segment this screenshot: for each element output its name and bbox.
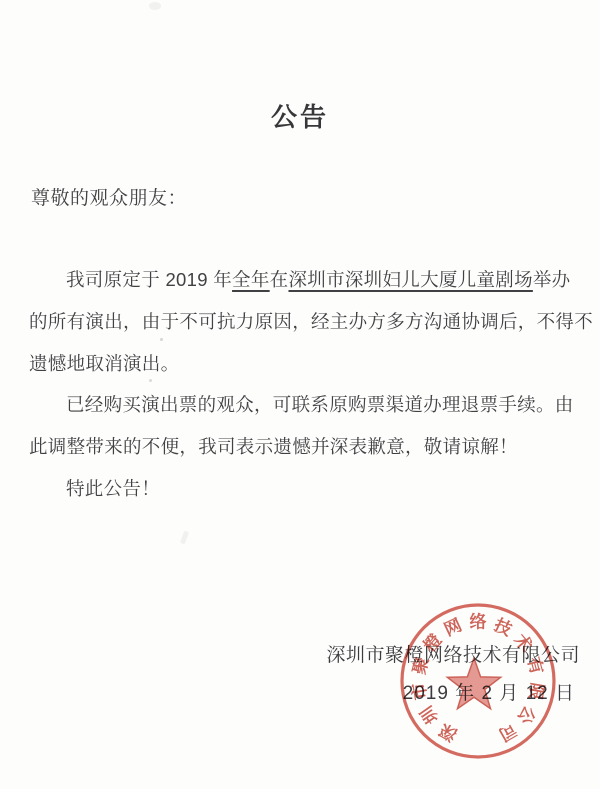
text-line: 已经购买演出票的观众，可联系原购票渠道办理退票手续。由: [29, 384, 589, 426]
text-run: 遗憾地取消演出。: [29, 353, 179, 374]
text-line: 此调整带来的不便，我司表示遗憾并深表歉意，敬请谅解！: [29, 426, 589, 468]
seal-character: 公: [514, 702, 539, 727]
salutation: 尊敬的观众朋友：: [31, 183, 187, 210]
underlined-text-run: 全年: [232, 269, 270, 290]
scan-smudge: [180, 531, 189, 545]
scan-smudge: [160, 338, 163, 341]
seal-character: 圳: [416, 702, 442, 727]
seal-character: 司: [495, 720, 519, 745]
underlined-text-run: 深圳市深圳妇儿大厦儿童剧场: [288, 269, 532, 290]
text-run: 此调整带来的不便，我司表示遗憾并深表歉意，敬请谅解！: [29, 436, 518, 457]
text-run: 的所有演出，由于不可抗力原因，经主办方多方沟通协调后，不得不: [29, 311, 593, 332]
seal-character: 络: [470, 612, 487, 632]
text-run: 已经购买演出票的观众，可联系原购票渠道办理退票手续。由: [66, 394, 574, 415]
seal-character: 聚: [409, 655, 433, 677]
text-run: 举办: [533, 269, 571, 290]
page-title: 公告: [0, 97, 600, 134]
document-body: 我司原定于 2019 年全年在深圳市深圳妇儿大厦儿童剧场举办 的所有演出，由于不…: [29, 259, 589, 510]
announcement-document: 公告 尊敬的观众朋友： 我司原定于 2019 年全年在深圳市深圳妇儿大厦儿童剧场…: [0, 0, 600, 789]
seal-character: 有: [524, 655, 548, 677]
company-seal-stamp: 深圳市聚橙网络技术有限公司: [397, 600, 559, 762]
text-line: 的所有演出，由于不可抗力原因，经主办方多方沟通协调后，不得不: [29, 301, 589, 343]
seal-character: 网: [441, 615, 464, 639]
seal-star-icon: [447, 658, 500, 709]
seal-character: 限: [525, 681, 547, 701]
text-run: 在: [270, 269, 289, 290]
seal-character: 术: [510, 629, 537, 656]
text-run: 特此公告！: [66, 478, 160, 499]
text-run: 我司原定于 2019 年: [66, 269, 232, 290]
seal-character: 市: [408, 681, 431, 701]
text-line: 特此公告！: [29, 468, 589, 510]
seal-character: 橙: [419, 630, 445, 656]
text-line: 我司原定于 2019 年全年在深圳市深圳妇儿大厦儿童剧场举办: [29, 259, 589, 301]
seal-character: 深: [436, 720, 460, 745]
scan-smudge: [149, 379, 152, 382]
text-line: 遗憾地取消演出。: [29, 343, 589, 385]
scan-smudge: [149, 2, 161, 10]
seal-character: 技: [490, 614, 515, 640]
